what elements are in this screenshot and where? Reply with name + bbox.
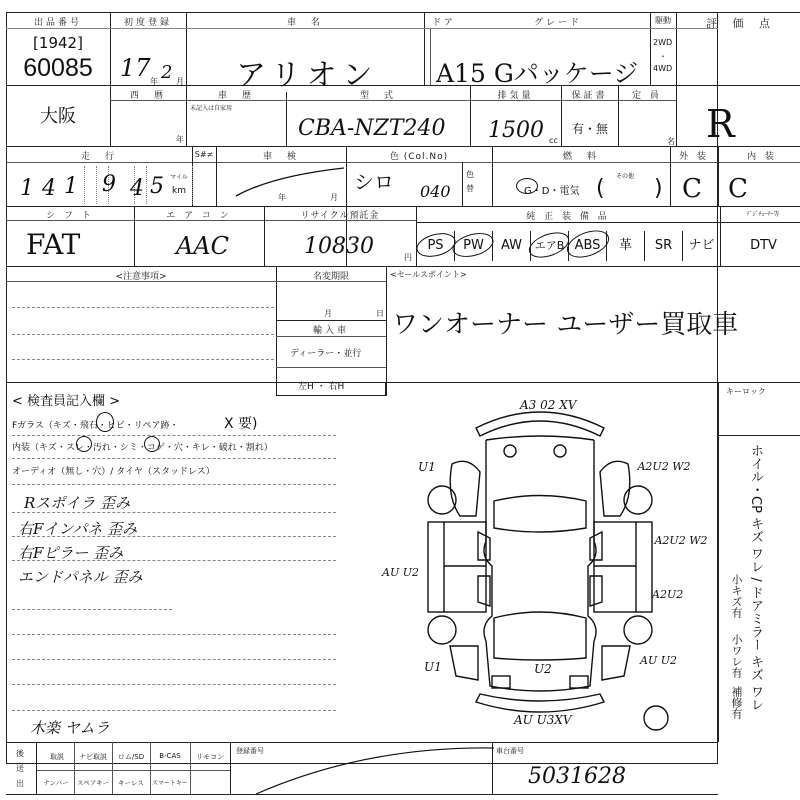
interior-grade: C bbox=[728, 174, 748, 204]
delivery-label: 後送出 bbox=[16, 746, 26, 791]
displacement-value: 1500 bbox=[488, 118, 544, 143]
name-change-deadline-label: 名変期限 bbox=[276, 269, 386, 282]
glass-replace-required: X 要) bbox=[224, 413, 258, 433]
equipment-label: 純 正 装 備 品 bbox=[416, 209, 720, 222]
interior-scuff-circle bbox=[76, 436, 92, 452]
lot-bracket: [1942] bbox=[6, 34, 110, 52]
inspector-signature: 木楽 ヤムラ bbox=[30, 717, 110, 738]
fuel-paren-close: ) bbox=[654, 176, 663, 201]
mileage-digit: 5 bbox=[150, 174, 164, 199]
footer-item: スマートキー bbox=[150, 778, 190, 787]
exterior-label: 外 装 bbox=[670, 149, 718, 162]
strike-line bbox=[246, 744, 496, 796]
drive-separator: ・ bbox=[659, 51, 667, 62]
first-registration-label: 初度登録 bbox=[110, 15, 186, 28]
deadline-day-unit: 日 bbox=[376, 308, 384, 319]
capacity-unit: 名 bbox=[667, 136, 675, 147]
first-registration-year: 17 bbox=[120, 54, 151, 82]
drive-label: 駆動 bbox=[650, 15, 676, 26]
auction-sheet: 出品番号 [1942] 60085 初度登録 17 年 2 月 車 名 アリオン… bbox=[6, 6, 718, 794]
equipment-navi: ナビ bbox=[682, 231, 720, 261]
equipment-aw: AW bbox=[492, 231, 530, 261]
inspector-note: エンドパネル 歪み bbox=[18, 566, 142, 587]
chassis-number-label: 車台番号 bbox=[496, 746, 524, 756]
damage-rear-bumper: AU U3XV bbox=[514, 713, 572, 727]
footer-item: ロム/SD bbox=[112, 752, 150, 762]
drive-2wd: 2WD bbox=[653, 38, 672, 47]
inspector-title: < 検査員記入欄 > bbox=[12, 390, 120, 409]
damage-front-left: U1 bbox=[418, 460, 436, 474]
s-label: S#≠ bbox=[192, 150, 216, 159]
month-unit: 月 bbox=[176, 76, 184, 87]
inspection-label: 車 検 bbox=[216, 149, 346, 162]
western-year-label: 西 暦 bbox=[110, 88, 186, 101]
displacement-unit: cc bbox=[549, 136, 558, 145]
damage-rear-right: AU U2 bbox=[640, 654, 677, 667]
import-dealer-parallel: ディーラー・並行 bbox=[290, 346, 361, 359]
capacity-label: 定 員 bbox=[618, 88, 676, 101]
score-value: R bbox=[706, 102, 735, 146]
fuel-paren-open: ( bbox=[596, 176, 605, 201]
lot-number: 60085 bbox=[6, 54, 110, 83]
equipment-dtv: DTV bbox=[720, 231, 800, 261]
model-label: 型 式 bbox=[286, 88, 470, 101]
year-unit: 年 bbox=[150, 76, 158, 87]
color-label: 色 (Col.No) bbox=[346, 149, 492, 162]
steering-side: 左H ・ 右H bbox=[298, 379, 344, 392]
western-year-unit: 年 bbox=[176, 134, 184, 145]
warranty-label: 保証書 bbox=[561, 88, 618, 101]
deadline-month-unit: 月 bbox=[324, 308, 332, 319]
footer-item: リモコン bbox=[190, 752, 230, 762]
exterior-grade: C bbox=[682, 174, 702, 204]
sales-point-value: ワンオーナー ユーザー買取車 bbox=[392, 304, 738, 341]
mileage-digit: 1 bbox=[64, 174, 78, 199]
shift-label: シ フ ト bbox=[6, 208, 134, 221]
footer-item: スペアキー bbox=[74, 778, 112, 787]
side-mark: 補修有 bbox=[728, 686, 744, 719]
mileage-label: 走 行 bbox=[6, 149, 192, 162]
mileage-digit: 4 bbox=[130, 176, 144, 201]
glass-chip-circle bbox=[96, 412, 114, 432]
history-label: 車 歴 bbox=[186, 88, 286, 101]
mileage-digit: 1 bbox=[20, 176, 34, 201]
color-code: 040 bbox=[420, 182, 451, 201]
equipment-leather: 革 bbox=[606, 231, 644, 261]
damage-right-rear-door: A2U2 bbox=[652, 588, 683, 601]
caution-label: <注意事項> bbox=[6, 269, 276, 282]
warranty-value: 有・無 bbox=[572, 120, 608, 137]
shift-value: FAT bbox=[26, 228, 80, 261]
mileage-unit-km: km bbox=[172, 186, 186, 196]
location: 大阪 bbox=[6, 102, 110, 128]
history-note: 未記入は自家用 bbox=[190, 103, 232, 112]
score-label: 評 価 点 bbox=[676, 15, 800, 31]
mileage-unit-mile: マイル bbox=[170, 172, 188, 181]
grade-label: グレード bbox=[466, 15, 650, 28]
damage-front-bumper: A3 02 XV bbox=[520, 398, 576, 412]
color-change-label: 色替 bbox=[466, 168, 480, 196]
drive-4wd: 4WD bbox=[653, 64, 672, 73]
mileage-digit: 9 bbox=[102, 172, 116, 197]
mileage-digit: 4 bbox=[42, 176, 56, 201]
key-lock-label: キーロック bbox=[726, 386, 766, 397]
fuel-label: 燃 料 bbox=[492, 149, 670, 162]
inspection-month-unit: 月 bbox=[330, 192, 338, 203]
grade-value: A15 Gパッケージ bbox=[436, 54, 638, 90]
interior-stain-circle bbox=[144, 436, 160, 452]
ac-value: AAC bbox=[176, 232, 229, 260]
import-car-label: 輸入車 bbox=[276, 323, 386, 336]
inspector-note: Rスポイラ 歪み bbox=[24, 492, 130, 513]
wheel-mirror-note: ホイル・CP キズ ワレ / ドアミラー キズ ワレ bbox=[746, 444, 765, 734]
footer-item: 取説 bbox=[40, 752, 74, 762]
damage-trunk: U2 bbox=[534, 662, 552, 676]
damage-left-side: AU U2 bbox=[382, 566, 419, 579]
recycle-fee-value: 10830 bbox=[304, 234, 374, 259]
footer-item: ナビ取説 bbox=[74, 752, 112, 762]
tuner-label: ﾃﾞｼﾞﾁｭｰﾅｰ等 bbox=[720, 209, 800, 218]
lot-number-label: 出品番号 bbox=[6, 15, 110, 28]
damage-right-front-door: A2U2 W2 bbox=[654, 534, 708, 547]
footer-item: B-CAS bbox=[150, 752, 190, 760]
sales-point-label: <セールスポイント> bbox=[390, 269, 467, 280]
color-value: シロ bbox=[354, 166, 394, 195]
footer-item: キーレス bbox=[112, 778, 150, 787]
equipment-sunroof: SR bbox=[644, 231, 682, 261]
ac-label: エ ア コ ン bbox=[134, 208, 264, 221]
interior-line: 内装（キズ・スレ・汚れ・シミ・コゲ・穴・キレ・破れ・割れ） bbox=[12, 440, 273, 453]
damage-rear-left: U1 bbox=[424, 660, 442, 674]
audio-tire-line: オーディオ（無し・穴）/ タイヤ（スタッドレス） bbox=[12, 464, 215, 477]
footer-item: ナンバー bbox=[38, 778, 74, 787]
model-value: CBA-NZT240 bbox=[298, 116, 446, 141]
side-mark: 小ワレ有 bbox=[728, 634, 744, 678]
car-name-label: 車 名 bbox=[186, 15, 424, 28]
displacement-label: 排気量 bbox=[470, 88, 561, 101]
first-registration-month: 2 bbox=[161, 62, 172, 83]
recycle-fee-label: リサイクル預託金 bbox=[264, 208, 416, 221]
car-damage-diagram bbox=[380, 396, 720, 736]
damage-front-right: A2U2 W2 bbox=[634, 460, 694, 473]
fuel-other-label: その他 bbox=[616, 171, 634, 180]
fuel-selected-circle bbox=[516, 178, 538, 194]
interior-label: 内 装 bbox=[718, 149, 800, 162]
inspection-year-unit: 年 bbox=[278, 192, 286, 203]
side-mark: 小キズ有 bbox=[728, 574, 744, 618]
chassis-number-value: 5031628 bbox=[528, 764, 626, 789]
door-label: ドア bbox=[424, 15, 464, 28]
recycle-fee-unit: 円 bbox=[404, 252, 412, 263]
